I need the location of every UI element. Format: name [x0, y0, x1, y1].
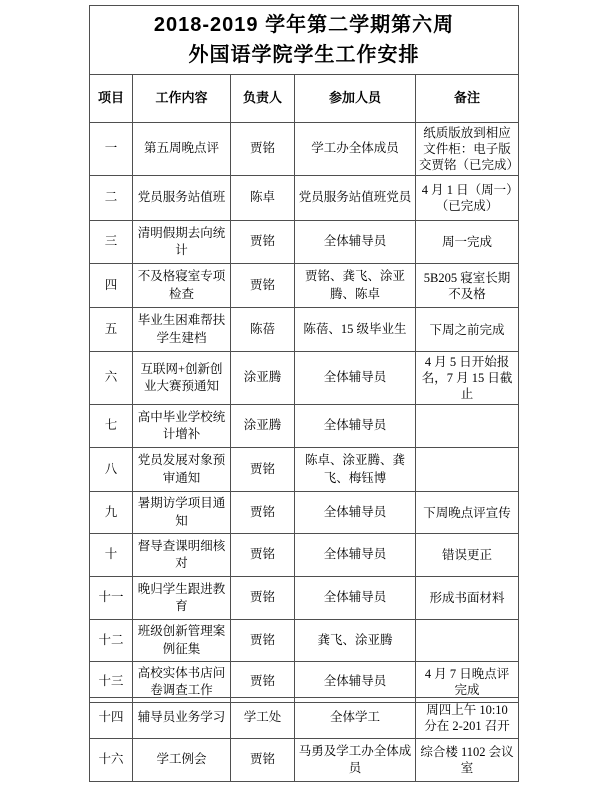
item-cell: 二: [90, 176, 133, 221]
owner-cell: 贾铭: [231, 264, 295, 308]
table-row: 九暑期访学项目通知贾铭全体辅导员下周晚点评宣传: [90, 492, 519, 534]
page-title-line2: 外国语学院学生工作安排: [90, 40, 518, 70]
participants-cell: 全体学工: [295, 698, 416, 739]
owner-cell: 贾铭: [231, 123, 295, 176]
work-content-cell: 清明假期去向统计: [133, 221, 231, 264]
remark-cell: 4 月 1 日（周一）（已完成）: [416, 176, 519, 221]
item-cell: 十一: [90, 577, 133, 620]
table-row: 四不及格寝室专项检查贾铭贾铭、龚飞、涂亚腾、陈卓5B205 寝室长期不及格: [90, 264, 519, 308]
table-row: 五毕业生困难帮扶学生建档陈蓓陈蓓、15 级毕业生下周之前完成: [90, 308, 519, 352]
work-content-cell: 高中毕业学校统计增补: [133, 405, 231, 448]
work-content-cell: 毕业生困难帮扶学生建档: [133, 308, 231, 352]
table-header-row: 项目 工作内容 负责人 参加人员 备注: [90, 75, 519, 123]
work-content-cell: 第五周晚点评: [133, 123, 231, 176]
participants-cell: 龚飞、涂亚腾: [295, 620, 416, 662]
owner-cell: 贾铭: [231, 448, 295, 492]
table-row: 十六学工例会贾铭马勇及学工办全体成员综合楼 1102 会议室: [90, 739, 519, 782]
remark-cell: 周一完成: [416, 221, 519, 264]
remark-cell: 纸质版放到相应文件柜：电子版交贾铭（已完成）: [416, 123, 519, 176]
secondary-table-body: 十四辅导员业务学习学工处全体学工周四上午 10:10 分在 2-201 召开十六…: [90, 698, 519, 782]
item-cell: 八: [90, 448, 133, 492]
item-cell: 四: [90, 264, 133, 308]
item-cell: 六: [90, 352, 133, 405]
remark-cell: 5B205 寝室长期不及格: [416, 264, 519, 308]
participants-cell: 全体辅导员: [295, 221, 416, 264]
work-content-cell: 党员发展对象预审通知: [133, 448, 231, 492]
col-header-work-content: 工作内容: [133, 75, 231, 123]
table-row: 七高中毕业学校统计增补涂亚腾全体辅导员: [90, 405, 519, 448]
item-cell: 三: [90, 221, 133, 264]
participants-cell: 全体辅导员: [295, 577, 416, 620]
main-table: 2018-2019 学年第二学期第六周 外国语学院学生工作安排 项目 工作内容 …: [89, 5, 519, 703]
item-cell: 十六: [90, 739, 133, 782]
secondary-table: 十四辅导员业务学习学工处全体学工周四上午 10:10 分在 2-201 召开十六…: [89, 697, 519, 782]
item-cell: 一: [90, 123, 133, 176]
participants-cell: 贾铭、龚飞、涂亚腾、陈卓: [295, 264, 416, 308]
remark-cell: 形成书面材料: [416, 577, 519, 620]
item-cell: 十: [90, 534, 133, 577]
owner-cell: 贾铭: [231, 534, 295, 577]
work-content-cell: 班级创新管理案例征集: [133, 620, 231, 662]
participants-cell: 全体辅导员: [295, 352, 416, 405]
participants-cell: 学工办全体成员: [295, 123, 416, 176]
owner-cell: 学工处: [231, 698, 295, 739]
participants-cell: 陈卓、涂亚腾、龚飞、梅钰博: [295, 448, 416, 492]
owner-cell: 涂亚腾: [231, 405, 295, 448]
title-row: 2018-2019 学年第二学期第六周 外国语学院学生工作安排: [90, 6, 519, 75]
item-cell: 七: [90, 405, 133, 448]
participants-cell: 全体辅导员: [295, 534, 416, 577]
main-table-head-group: 2018-2019 学年第二学期第六周 外国语学院学生工作安排 项目 工作内容 …: [90, 6, 519, 123]
remark-cell: 4 月 5 日开始报名，7 月 15 日截止: [416, 352, 519, 405]
item-cell: 十四: [90, 698, 133, 739]
participants-cell: 党员服务站值班党员: [295, 176, 416, 221]
remark-cell: [416, 405, 519, 448]
participants-cell: 全体辅导员: [295, 492, 416, 534]
work-content-cell: 晚归学生跟进教育: [133, 577, 231, 620]
remark-cell: 错误更正: [416, 534, 519, 577]
work-content-cell: 暑期访学项目通知: [133, 492, 231, 534]
item-cell: 五: [90, 308, 133, 352]
page-title-line1: 2018-2019 学年第二学期第六周: [90, 10, 518, 40]
table-row: 八党员发展对象预审通知贾铭陈卓、涂亚腾、龚飞、梅钰博: [90, 448, 519, 492]
remark-cell: 下周晚点评宣传: [416, 492, 519, 534]
table-row: 十一晚归学生跟进教育贾铭全体辅导员形成书面材料: [90, 577, 519, 620]
work-content-cell: 不及格寝室专项检查: [133, 264, 231, 308]
owner-cell: 陈卓: [231, 176, 295, 221]
remark-cell: 周四上午 10:10 分在 2-201 召开: [416, 698, 519, 739]
owner-cell: 贾铭: [231, 577, 295, 620]
owner-cell: 贾铭: [231, 739, 295, 782]
table-row: 十二班级创新管理案例征集贾铭龚飞、涂亚腾: [90, 620, 519, 662]
owner-cell: 陈蓓: [231, 308, 295, 352]
table-row: 六互联网+创新创业大赛预通知涂亚腾全体辅导员4 月 5 日开始报名，7 月 15…: [90, 352, 519, 405]
item-cell: 九: [90, 492, 133, 534]
owner-cell: 贾铭: [231, 492, 295, 534]
table-row: 二党员服务站值班陈卓党员服务站值班党员4 月 1 日（周一）（已完成）: [90, 176, 519, 221]
owner-cell: 涂亚腾: [231, 352, 295, 405]
main-table-body: 一第五周晚点评贾铭学工办全体成员纸质版放到相应文件柜：电子版交贾铭（已完成）二党…: [90, 123, 519, 703]
work-content-cell: 互联网+创新创业大赛预通知: [133, 352, 231, 405]
table-row: 十督导查课明细核对贾铭全体辅导员错误更正: [90, 534, 519, 577]
table-row: 一第五周晚点评贾铭学工办全体成员纸质版放到相应文件柜：电子版交贾铭（已完成）: [90, 123, 519, 176]
schedule-document: 2018-2019 学年第二学期第六周 外国语学院学生工作安排 项目 工作内容 …: [0, 0, 600, 785]
remark-cell: 综合楼 1102 会议室: [416, 739, 519, 782]
col-header-item: 项目: [90, 75, 133, 123]
col-header-owner: 负责人: [231, 75, 295, 123]
item-cell: 十二: [90, 620, 133, 662]
col-header-participants: 参加人员: [295, 75, 416, 123]
title-cell: 2018-2019 学年第二学期第六周 外国语学院学生工作安排: [90, 6, 519, 75]
owner-cell: 贾铭: [231, 620, 295, 662]
remark-cell: [416, 448, 519, 492]
work-content-cell: 党员服务站值班: [133, 176, 231, 221]
remark-cell: [416, 620, 519, 662]
work-content-cell: 督导查课明细核对: [133, 534, 231, 577]
work-content-cell: 学工例会: [133, 739, 231, 782]
col-header-remark: 备注: [416, 75, 519, 123]
table-row: 十四辅导员业务学习学工处全体学工周四上午 10:10 分在 2-201 召开: [90, 698, 519, 739]
participants-cell: 全体辅导员: [295, 405, 416, 448]
participants-cell: 陈蓓、15 级毕业生: [295, 308, 416, 352]
remark-cell: 下周之前完成: [416, 308, 519, 352]
owner-cell: 贾铭: [231, 221, 295, 264]
table-row: 三清明假期去向统计贾铭全体辅导员周一完成: [90, 221, 519, 264]
participants-cell: 马勇及学工办全体成员: [295, 739, 416, 782]
work-content-cell: 辅导员业务学习: [133, 698, 231, 739]
